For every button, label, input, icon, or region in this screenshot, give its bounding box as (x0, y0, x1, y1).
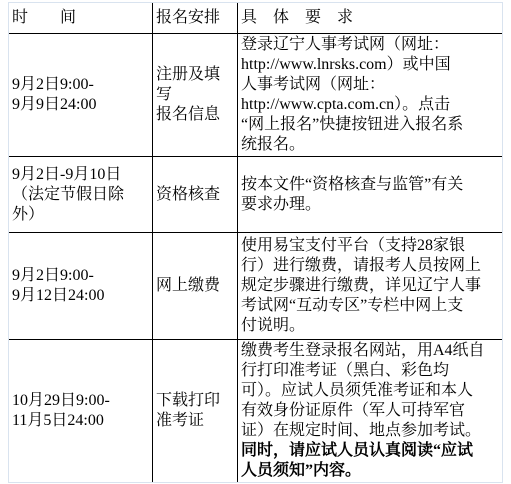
requirement-cell: 按本文件“资格核查与监管”有关 要求办理。 (238, 157, 502, 233)
table-row: 9月2日-9月10日 （法定节假日除 外） 资格核查 按本文件“资格核查与监管”… (9, 157, 502, 233)
arrangement-cell: 注册及填写 报名信息 (153, 34, 238, 157)
time-cell: 9月2日-9月10日 （法定节假日除 外） (9, 157, 153, 233)
table-row: 10月29日9:00- 11月5日24:00 下载打印 准考证 缴费考生登录报名… (9, 340, 502, 482)
arrangement-cell: 资格核查 (153, 157, 238, 233)
table-row: 9月2日9:00- 9月12日24:00 网上缴费 使用易宝支付平台（支持28家… (9, 233, 502, 340)
requirement-text: 登录辽宁人事考试网（网址： http://www.lnrsks.com）或中国 … (241, 36, 463, 153)
arrangement-cell: 网上缴费 (153, 233, 238, 340)
requirement-cell: 缴费考生登录报名网站，用A4纸自 行打印准考证（黑白、彩色均 可）。应试人员须凭… (238, 340, 502, 482)
requirement-cell: 登录辽宁人事考试网（网址： http://www.lnrsks.com）或中国 … (238, 34, 502, 157)
schedule-table: 时 间 报名安排 具 体 要 求 9月2日9:00- 9月9日24:00 注册及… (8, 2, 503, 483)
column-header-requirement: 具 体 要 求 (238, 3, 502, 34)
arrangement-cell: 下载打印 准考证 (153, 340, 238, 482)
column-header-arrangement: 报名安排 (153, 3, 238, 34)
time-cell: 10月29日9:00- 11月5日24:00 (9, 340, 153, 482)
requirement-text: 缴费考生登录报名网站，用A4纸自 行打印准考证（黑白、彩色均 可）。应试人员须凭… (241, 342, 485, 439)
requirement-text: 按本文件“资格核查与监管”有关 要求办理。 (241, 176, 463, 213)
requirement-cell: 使用易宝支付平台（支持28家银 行）进行缴费，请报考人员按网上 规定步骤进行缴费… (238, 233, 502, 340)
time-cell: 9月2日9:00- 9月12日24:00 (9, 233, 153, 340)
requirement-bold-text: 同时，请应试人员认真阅读“应试 人员须知”内容。 (241, 442, 473, 479)
table-row: 9月2日9:00- 9月9日24:00 注册及填写 报名信息 登录辽宁人事考试网… (9, 34, 502, 157)
requirement-text: 使用易宝支付平台（支持28家银 行）进行缴费，请报考人员按网上 规定步骤进行缴费… (241, 237, 481, 334)
column-header-time: 时 间 (9, 3, 153, 34)
time-cell: 9月2日9:00- 9月9日24:00 (9, 34, 153, 157)
header-row: 时 间 报名安排 具 体 要 求 (9, 3, 502, 34)
